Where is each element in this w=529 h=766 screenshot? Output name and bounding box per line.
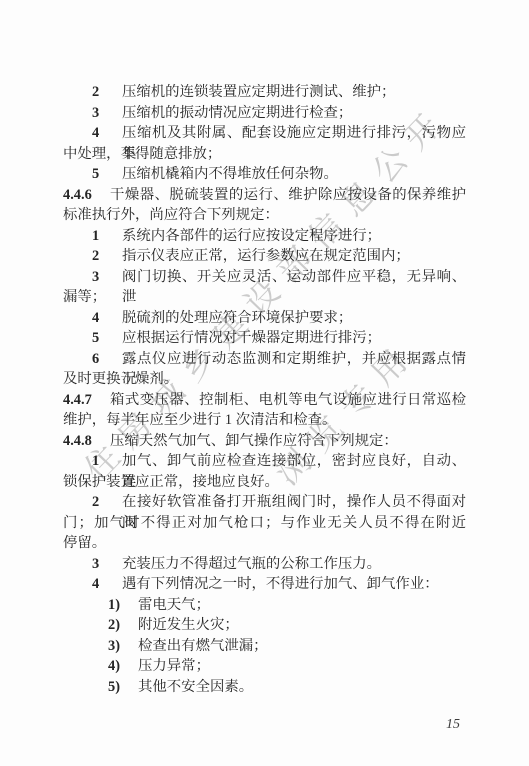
clause-number: 2 xyxy=(92,82,99,103)
text-line: 2指示仪表应正常，运行参数应在规定范围内； xyxy=(63,246,466,267)
text-line: 1加气、卸气前应检查连接部位，密封应良好，自动、连 xyxy=(63,451,466,472)
clause-text: 指示仪表应正常，运行参数应在规定范围内； xyxy=(122,246,466,267)
document-page: 住房城乡建设部信息公开 浏览专用 2压缩机的连锁装置应定期进行测试、维护；3压缩… xyxy=(0,0,529,766)
clause-number: 2 xyxy=(92,492,99,513)
clause-number: 1) xyxy=(108,595,120,616)
text-line: 5压缩机橇箱内不得堆放任何杂物。 xyxy=(63,164,466,185)
clause-text: 附近发生火灾； xyxy=(138,615,466,636)
text-line: 标准执行外，尚应符合下列规定： xyxy=(63,205,466,226)
text-line: 中处理，不得随意排放； xyxy=(63,144,466,165)
text-line: 5)其他不安全因素。 xyxy=(63,677,466,698)
text-line: 2)附近发生火灾； xyxy=(63,615,466,636)
text-line: 门；加气时不得正对加气枪口；与作业无关人员不得在附近 xyxy=(63,513,466,534)
clause-text: 压缩机的振动情况应定期进行检查； xyxy=(122,103,466,124)
text-line: 5应根据运行情况对干燥器定期进行排污； xyxy=(63,328,466,349)
text-line: 4.4.6干燥器、脱硫装置的运行、维护除应按设备的保养维护 xyxy=(63,185,466,206)
clause-text: 压力异常； xyxy=(138,656,466,677)
clause-number: 3 xyxy=(92,554,99,575)
clause-number: 4.4.7 xyxy=(63,390,92,411)
clause-number: 3 xyxy=(92,103,99,124)
clause-number: 2 xyxy=(92,246,99,267)
clause-text: 系统内各部件的运行应按设定程序进行； xyxy=(122,226,466,247)
clause-number: 5) xyxy=(108,677,120,698)
text-line: 1系统内各部件的运行应按设定程序进行； xyxy=(63,226,466,247)
clause-number: 4.4.8 xyxy=(63,431,92,452)
clause-text: 漏等； xyxy=(63,287,466,308)
text-line: 及时更换干燥剂。 xyxy=(63,369,466,390)
text-line: 维护，每半年应至少进行 1 次清洁和检查。 xyxy=(63,410,466,431)
clause-number: 4) xyxy=(108,656,120,677)
clause-number: 3 xyxy=(92,267,99,288)
text-line: 2压缩机的连锁装置应定期进行测试、维护； xyxy=(63,82,466,103)
text-line: 漏等； xyxy=(63,287,466,308)
clause-text: 压缩天然气加气、卸气操作应符合下列规定： xyxy=(110,431,466,452)
text-line: 4.4.7箱式变压器、控制柜、电机等电气设施应进行日常巡检 xyxy=(63,390,466,411)
clause-text: 压缩机的连锁装置应定期进行测试、维护； xyxy=(122,82,466,103)
clause-number: 5 xyxy=(92,328,99,349)
clause-text: 应根据运行情况对干燥器定期进行排污； xyxy=(122,328,466,349)
clause-text: 充装压力不得超过气瓶的公称工作压力。 xyxy=(122,554,466,575)
clause-text: 检查出有燃气泄漏； xyxy=(138,636,466,657)
text-line: 4.4.8压缩天然气加气、卸气操作应符合下列规定： xyxy=(63,431,466,452)
clause-number: 2) xyxy=(108,615,120,636)
clause-number: 1 xyxy=(92,451,99,472)
clause-text: 雷电天气； xyxy=(138,595,466,616)
text-line: 4遇有下列情况之一时，不得进行加气、卸气作业： xyxy=(63,574,466,595)
clause-text: 其他不安全因素。 xyxy=(138,677,466,698)
clause-number: 3) xyxy=(108,636,120,657)
text-line: 4压缩机及其附属、配套设施应定期进行排污，污物应集 xyxy=(63,123,466,144)
text-line: 1)雷电天气； xyxy=(63,595,466,616)
clause-number: 4 xyxy=(92,308,99,329)
clause-text: 压缩机橇箱内不得堆放任何杂物。 xyxy=(122,164,466,185)
text-block: 2压缩机的连锁装置应定期进行测试、维护；3压缩机的振动情况应定期进行检查；4压缩… xyxy=(63,82,466,697)
clause-text: 遇有下列情况之一时，不得进行加气、卸气作业： xyxy=(122,574,466,595)
text-line: 3阀门切换、开关应灵活、运动部件应平稳，无异响、泄 xyxy=(63,267,466,288)
page-number: 15 xyxy=(446,717,460,733)
clause-text: 干燥器、脱硫装置的运行、维护除应按设备的保养维护 xyxy=(110,185,466,206)
clause-text: 门；加气时不得正对加气枪口；与作业无关人员不得在附近 xyxy=(63,513,466,534)
clause-number: 6 xyxy=(92,349,99,370)
clause-number: 4.4.6 xyxy=(63,185,92,206)
text-line: 3)检查出有燃气泄漏； xyxy=(63,636,466,657)
text-line: 6露点仪应进行动态监测和定期维护，并应根据露点情况 xyxy=(63,349,466,370)
clause-text: 脱硫剂的处理应符合环境保护要求； xyxy=(122,308,466,329)
clause-text: 锁保护装置应正常，接地应良好。 xyxy=(63,472,466,493)
text-line: 2在接好软管准备打开瓶组阀门时，操作人员不得面对阀 xyxy=(63,492,466,513)
text-line: 3压缩机的振动情况应定期进行检查； xyxy=(63,103,466,124)
text-line: 4脱硫剂的处理应符合环境保护要求； xyxy=(63,308,466,329)
text-line: 4)压力异常； xyxy=(63,656,466,677)
clause-text: 中处理，不得随意排放； xyxy=(63,144,466,165)
clause-number: 5 xyxy=(92,164,99,185)
clause-text: 停留。 xyxy=(63,533,466,554)
text-line: 3充装压力不得超过气瓶的公称工作压力。 xyxy=(63,554,466,575)
clause-number: 4 xyxy=(92,123,99,144)
text-line: 停留。 xyxy=(63,533,466,554)
clause-text: 箱式变压器、控制柜、电机等电气设施应进行日常巡检 xyxy=(110,390,466,411)
clause-number: 1 xyxy=(92,226,99,247)
clause-text: 及时更换干燥剂。 xyxy=(63,369,466,390)
text-line: 锁保护装置应正常，接地应良好。 xyxy=(63,472,466,493)
clause-number: 4 xyxy=(92,574,99,595)
clause-text: 维护，每半年应至少进行 1 次清洁和检查。 xyxy=(63,410,466,431)
clause-text: 标准执行外，尚应符合下列规定： xyxy=(63,205,466,226)
